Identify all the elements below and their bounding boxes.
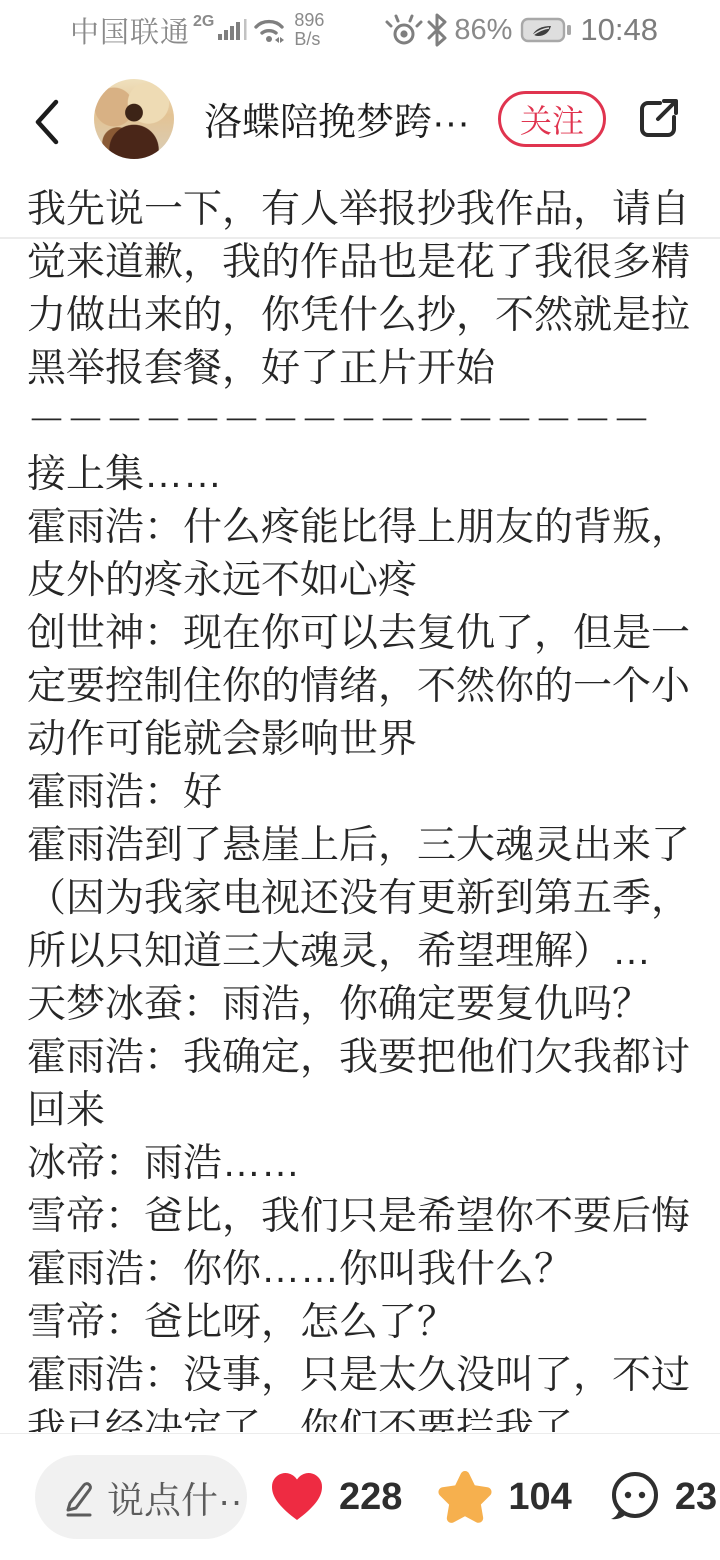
post-text: 我先说一下，有人举报抄我作品，请自觉来道歉，我的作品也是花了我很多精力做出来的，…	[0, 179, 720, 1432]
battery-icon	[520, 15, 572, 45]
status-bar: 中国联通 2G	[0, 0, 720, 60]
favorite-button[interactable]: 104	[435, 1468, 571, 1526]
author-avatar[interactable]	[94, 79, 174, 159]
back-button[interactable]	[30, 94, 64, 144]
battery-percent-label: 86%	[454, 14, 512, 47]
pencil-icon	[59, 1477, 97, 1517]
post-paragraph: 我先说一下，有人举报抄我作品，请自觉来道歉，我的作品也是花了我很多精力做出来的，…	[27, 183, 693, 395]
note-header: 洛蝶陪挽梦跨··· 关注	[0, 60, 720, 177]
post-paragraph: 冰帝：雨浩……	[27, 1137, 693, 1190]
post-paragraph: 霍雨浩到了悬崖上后，三大魂灵出来了（因为我家电视还没有更新到第五季，所以只知道三…	[27, 819, 693, 978]
favorite-count: 104	[508, 1476, 571, 1519]
network-type-label: 2G	[193, 13, 214, 31]
post-paragraph: 雪帝：爸比呀，怎么了？	[27, 1296, 693, 1349]
post-paragraph: －－－－－－－－－－－－－－－－	[27, 395, 693, 448]
follow-button[interactable]: 关注	[498, 91, 606, 147]
author-name[interactable]: 洛蝶陪挽梦跨···	[204, 91, 470, 146]
post-paragraph: 霍雨浩：没事，只是太久没叫了，不过我已经决定了，你们不要拦我了	[27, 1349, 693, 1432]
bottom-action-bar: 说点什··· 228 104 23	[0, 1433, 720, 1560]
eye-comfort-icon	[384, 10, 424, 50]
comment-bubble-icon	[606, 1469, 662, 1525]
comment-placeholder: 说点什···	[107, 1470, 247, 1524]
star-icon	[435, 1468, 495, 1526]
comment-button[interactable]: 23	[606, 1469, 717, 1525]
bluetooth-icon	[424, 10, 450, 50]
like-count: 228	[339, 1476, 402, 1519]
post-paragraph: 霍雨浩：什么疼能比得上朋友的背叛，皮外的疼永远不如心疼	[27, 501, 693, 607]
carrier-label: 中国联通	[70, 10, 190, 51]
post-paragraph: 接上集……	[27, 448, 693, 501]
heart-icon	[268, 1470, 326, 1524]
comment-count: 23	[675, 1476, 717, 1519]
share-icon[interactable]	[636, 95, 682, 141]
signal-bars-icon	[216, 13, 250, 47]
comment-input[interactable]: 说点什···	[35, 1455, 247, 1539]
post-paragraph: 雪帝：爸比，我们只是希望你不要后悔	[27, 1190, 693, 1243]
post-paragraph: 创世神：现在你可以去复仇了，但是一定要控制住你的情绪，不然你的一个小动作可能就会…	[27, 607, 693, 766]
like-button[interactable]: 228	[268, 1470, 402, 1524]
post-paragraph: 天梦冰蚕：雨浩，你确定要复仇吗？	[27, 978, 693, 1031]
post-paragraph: 霍雨浩：你你……你叫我什么？	[27, 1243, 693, 1296]
wifi-icon	[250, 11, 292, 49]
post-paragraph: 霍雨浩：我确定，我要把他们欠我都讨回来	[27, 1031, 693, 1137]
clock-label: 10:48	[580, 12, 658, 48]
network-speed: 896 B/s	[294, 11, 324, 49]
post-paragraph: 霍雨浩：好	[27, 766, 693, 819]
